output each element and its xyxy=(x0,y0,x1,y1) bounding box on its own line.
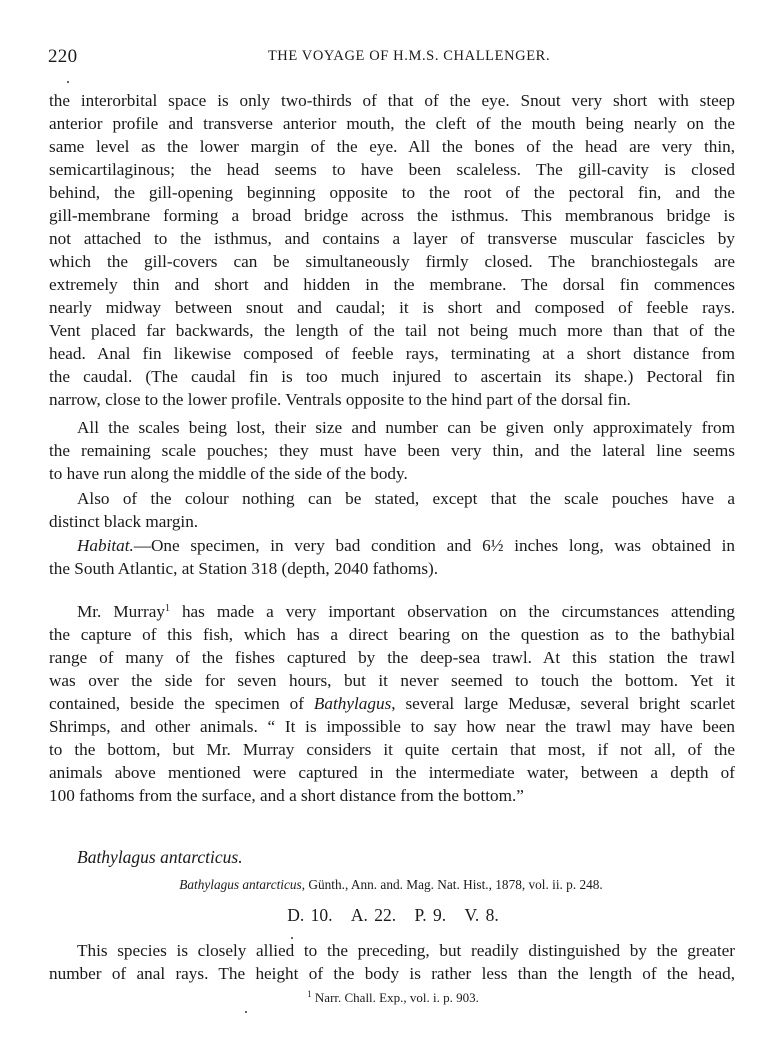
colour-paragraph: Also of the colour nothing can be stated… xyxy=(49,487,735,533)
text-line: to have run along the middle of the side… xyxy=(49,462,735,485)
text-line: narrow, close to the lower profile. Vent… xyxy=(49,388,735,411)
text-line: anterior profile and transverse anterior… xyxy=(49,112,735,135)
text-line: the interorbital space is only two-third… xyxy=(49,89,735,112)
footnote: 1 Narr. Chall. Exp., vol. i. p. 903. xyxy=(0,990,776,1006)
footnote-text: Narr. Chall. Exp., vol. i. p. 903. xyxy=(312,990,479,1005)
text-line: the South Atlantic, at Station 318 (dept… xyxy=(49,557,735,580)
text-fragment: contained, beside the specimen of xyxy=(49,694,314,713)
pectoral-count: P. 9. xyxy=(414,905,446,925)
scan-speck xyxy=(245,1011,247,1013)
text-line: extremely thin and short and hidden in t… xyxy=(49,273,735,296)
text-line: range of many of the fishes captured by … xyxy=(49,646,735,669)
text-line: nearly midway between snout and caudal; … xyxy=(49,296,735,319)
text-line: behind, the gill-opening beginning oppos… xyxy=(49,181,735,204)
running-title: THE VOYAGE OF H.M.S. CHALLENGER. xyxy=(48,48,740,65)
text-line: animals above mentioned were captured in… xyxy=(49,761,735,784)
murray-paragraph: Mr. Murray1 has made a very important ob… xyxy=(49,600,735,807)
fin-formula: D. 10. A. 22. P. 9. V. 8. xyxy=(0,905,776,926)
text-line: semicartilaginous; the head seems to hav… xyxy=(49,158,735,181)
text-line: Vent placed far backwards, the length of… xyxy=(49,319,735,342)
text-line: number of anal rays. The height of the b… xyxy=(49,962,735,985)
text-line: Shrimps, and other animals. “ It is impo… xyxy=(49,715,735,738)
synonym-name: Bathylagus antarcticus xyxy=(179,877,302,892)
ventral-count: V. 8. xyxy=(465,905,499,925)
text-line: the caudal. (The caudal fin is too much … xyxy=(49,365,735,388)
text-line: which the gill-covers can be simultaneou… xyxy=(49,250,735,273)
text-line: same level as the lower margin of the ey… xyxy=(49,135,735,158)
text-line: All the scales being lost, their size an… xyxy=(49,416,735,439)
text-line: This species is closely allied to the pr… xyxy=(49,939,735,962)
species-paragraph: This species is closely allied to the pr… xyxy=(49,939,735,985)
text-line: gill-membrane forming a broad bridge acr… xyxy=(49,204,735,227)
text-line: not attached to the isthmus, and contain… xyxy=(49,227,735,250)
synonym-reference: , Günth., Ann. and. Mag. Nat. Hist., 187… xyxy=(302,877,603,892)
synonymy-citation: Bathylagus antarcticus, Günth., Ann. and… xyxy=(0,877,776,893)
species-heading: Bathylagus antarcticus. xyxy=(77,847,243,868)
text-fragment: has made a very important observation on… xyxy=(170,602,735,621)
habitat-text: —One specimen, in very bad condition and… xyxy=(134,536,735,555)
book-page: 220 THE VOYAGE OF H.M.S. CHALLENGER. the… xyxy=(0,0,776,1050)
text-line: distinct black margin. xyxy=(49,510,735,533)
running-head: 220 THE VOYAGE OF H.M.S. CHALLENGER. xyxy=(48,46,740,70)
text-fragment: Mr. Murray xyxy=(77,602,165,621)
text-line: Habitat.—One specimen, in very bad condi… xyxy=(49,534,735,557)
text-line: was over the side for seven hours, but i… xyxy=(49,669,735,692)
text-fragment: , several large Medusæ, several bright s… xyxy=(391,694,735,713)
text-line: Mr. Murray1 has made a very important ob… xyxy=(49,600,735,623)
text-line: Also of the colour nothing can be stated… xyxy=(49,487,735,510)
text-line: the capture of this fish, which has a di… xyxy=(49,623,735,646)
text-line: 100 fathoms from the surface, and a shor… xyxy=(49,784,735,807)
genus-name: Bathylagus xyxy=(314,694,391,713)
habitat-paragraph: Habitat.—One specimen, in very bad condi… xyxy=(49,534,735,580)
scales-paragraph: All the scales being lost, their size an… xyxy=(49,416,735,485)
scan-speck xyxy=(67,81,69,83)
text-line: head. Anal fin likewise composed of feeb… xyxy=(49,342,735,365)
habitat-label: Habitat. xyxy=(77,536,134,555)
text-line: to the bottom, but Mr. Murray considers … xyxy=(49,738,735,761)
text-line: the remaining scale pouches; they must h… xyxy=(49,439,735,462)
anal-count: A. 22. xyxy=(351,905,396,925)
dorsal-count: D. 10. xyxy=(287,905,332,925)
text-line: contained, beside the specimen of Bathyl… xyxy=(49,692,735,715)
description-paragraph: the interorbital space is only two-third… xyxy=(49,89,735,411)
